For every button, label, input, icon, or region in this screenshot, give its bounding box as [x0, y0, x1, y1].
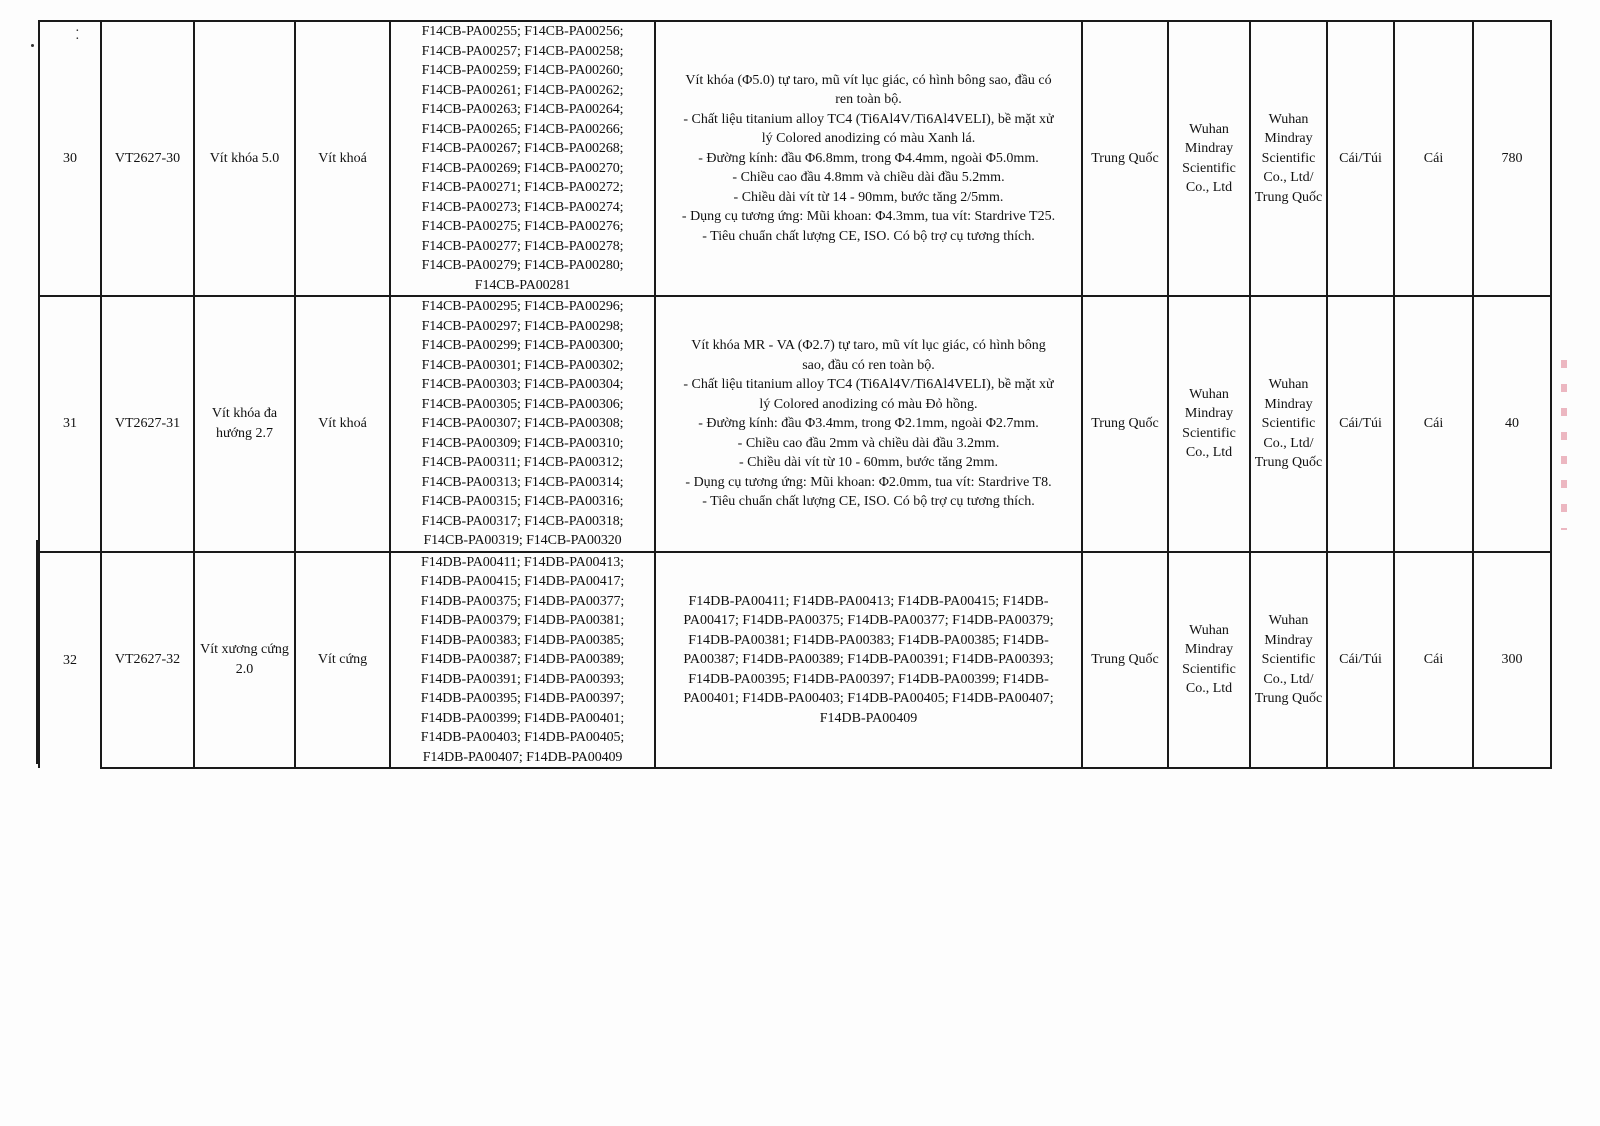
description-lines-line: - Chiều cao đầu 4.8mm và chiều dài đầu 5…	[659, 168, 1078, 188]
description-lines-line: - Chất liệu titanium alloy TC4 (Ti6Al4V/…	[659, 110, 1078, 130]
description-lines-line: Vít khóa MR - VA (Φ2.7) tự taro, mũ vít …	[659, 336, 1078, 356]
manufacturer-line: Co., Ltd	[1169, 178, 1249, 198]
cell-group: Vít cứng	[295, 552, 390, 769]
catalog-lines-line: F14CB-PA00257; F14CB-PA00258;	[391, 42, 654, 62]
cell-name: Vít xương cứng 2.0	[194, 552, 295, 769]
description-lines-line: F14DB-PA00395; F14DB-PA00397; F14DB-PA00…	[659, 670, 1078, 690]
catalog-lines-line: F14DB-PA00379; F14DB-PA00381;	[391, 611, 654, 631]
catalog-lines-line: F14CB-PA00311; F14CB-PA00312;	[391, 453, 654, 473]
catalog-lines-line: F14CB-PA00295; F14CB-PA00296;	[391, 297, 654, 317]
cell-description: Vít khóa MR - VA (Φ2.7) tự taro, mũ vít …	[655, 296, 1082, 552]
cell-holder: WuhanMindrayScientificCo., Ltd/Trung Quố…	[1250, 552, 1327, 769]
table-row-30: 30 VT2627-30 Vít khóa 5.0 Vít khoá F14CB…	[39, 21, 1551, 296]
cell-quantity: 300	[1473, 552, 1551, 769]
catalog-lines-line: F14CB-PA00261; F14CB-PA00262;	[391, 81, 654, 101]
catalog-lines-line: F14CB-PA00305; F14CB-PA00306;	[391, 395, 654, 415]
description-lines-line: PA00387; F14DB-PA00389; F14DB-PA00391; F…	[659, 650, 1078, 670]
catalog-lines-line: F14CB-PA00275; F14CB-PA00276;	[391, 217, 654, 237]
holder-line: Mindray	[1251, 631, 1326, 651]
cell-name: Vít khóa 5.0	[194, 21, 295, 296]
catalog-lines-line: F14CB-PA00313; F14CB-PA00314;	[391, 473, 654, 493]
holder-line: Co., Ltd/	[1251, 434, 1326, 454]
red-stamp-mark	[1561, 360, 1567, 530]
product-table: 30 VT2627-30 Vít khóa 5.0 Vít khoá F14CB…	[38, 20, 1552, 769]
cell-holder: WuhanMindrayScientificCo., Ltd/Trung Quố…	[1250, 21, 1327, 296]
catalog-lines-line: F14CB-PA00267; F14CB-PA00268;	[391, 139, 654, 159]
catalog-lines-line: F14CB-PA00271; F14CB-PA00272;	[391, 178, 654, 198]
table-row-32: 32 VT2627-32 Vít xương cứng 2.0 Vít cứng…	[39, 552, 1551, 769]
description-lines-line: - Tiêu chuẩn chất lượng CE, ISO. Có bộ t…	[659, 227, 1078, 247]
description-lines-line: - Chiều cao đầu 2mm và chiều dài đầu 3.2…	[659, 434, 1078, 454]
catalog-lines-line: F14CB-PA00279; F14CB-PA00280;	[391, 256, 654, 276]
catalog-lines-line: F14DB-PA00395; F14DB-PA00397;	[391, 689, 654, 709]
description-lines-line: PA00401; F14DB-PA00403; F14DB-PA00405; F…	[659, 689, 1078, 709]
catalog-lines-line: F14DB-PA00383; F14DB-PA00385;	[391, 631, 654, 651]
catalog-lines-line: F14DB-PA00391; F14DB-PA00393;	[391, 670, 654, 690]
catalog-lines-line: F14CB-PA00303; F14CB-PA00304;	[391, 375, 654, 395]
holder-line: Mindray	[1251, 395, 1326, 415]
catalog-lines-line: F14DB-PA00403; F14DB-PA00405;	[391, 728, 654, 748]
cell-manufacturer: WuhanMindrayScientificCo., Ltd	[1168, 296, 1250, 552]
cell-holder: WuhanMindrayScientificCo., Ltd/Trung Quố…	[1250, 296, 1327, 552]
catalog-lines-line: F14CB-PA00301; F14CB-PA00302;	[391, 356, 654, 376]
description-lines-line: Vít khóa (Φ5.0) tự taro, mũ vít lục giác…	[659, 71, 1078, 91]
catalog-lines-line: F14CB-PA00309; F14CB-PA00310;	[391, 434, 654, 454]
cell-manufacturer: WuhanMindrayScientificCo., Ltd	[1168, 552, 1250, 769]
cell-catalog-codes: F14CB-PA00295; F14CB-PA00296;F14CB-PA002…	[390, 296, 655, 552]
description-lines-line: F14DB-PA00411; F14DB-PA00413; F14DB-PA00…	[659, 592, 1078, 612]
cell-description: Vít khóa (Φ5.0) tự taro, mũ vít lục giác…	[655, 21, 1082, 296]
catalog-lines-line: F14CB-PA00307; F14CB-PA00308;	[391, 414, 654, 434]
description-lines-line: - Chiều dài vít từ 10 - 60mm, bước tăng …	[659, 453, 1078, 473]
manufacturer-line: Co., Ltd	[1169, 679, 1249, 699]
manufacturer-line: Mindray	[1169, 139, 1249, 159]
holder-line: Trung Quốc	[1251, 188, 1326, 208]
catalog-lines-line: F14CB-PA00281	[391, 276, 654, 296]
holder-line: Co., Ltd/	[1251, 670, 1326, 690]
description-lines-line: sao, đầu có ren toàn bộ.	[659, 356, 1078, 376]
cell-catalog-codes: F14CB-PA00255; F14CB-PA00256;F14CB-PA002…	[390, 21, 655, 296]
catalog-lines-line: F14DB-PA00399; F14DB-PA00401;	[391, 709, 654, 729]
cell-quantity: 780	[1473, 21, 1551, 296]
catalog-lines-line: F14CB-PA00317; F14CB-PA00318;	[391, 512, 654, 532]
cell-unit: Cái	[1394, 21, 1473, 296]
description-lines-line: lý Colored anodizing có màu Xanh lá.	[659, 129, 1078, 149]
scanned-document-page: ·· 30 VT2627-30 Vít khóa 5.0 Vít khoá F1…	[0, 0, 1600, 1126]
table-left-border-overhang	[36, 540, 38, 764]
description-lines-line: - Tiêu chuẩn chất lượng CE, ISO. Có bộ t…	[659, 492, 1078, 512]
cell-packing: Cái/Túi	[1327, 296, 1394, 552]
cell-catalog-codes: F14DB-PA00411; F14DB-PA00413;F14DB-PA004…	[390, 552, 655, 769]
cell-code: VT2627-30	[101, 21, 194, 296]
manufacturer-line: Scientific	[1169, 159, 1249, 179]
catalog-lines-line: F14CB-PA00315; F14CB-PA00316;	[391, 492, 654, 512]
holder-line: Wuhan	[1251, 375, 1326, 395]
cell-stt: 32	[39, 552, 101, 769]
cell-name: Vít khóa đa hướng 2.7	[194, 296, 295, 552]
description-lines-line: - Dụng cụ tương ứng: Mũi khoan: Φ2.0mm, …	[659, 473, 1078, 493]
manufacturer-line: Mindray	[1169, 640, 1249, 660]
cell-group: Vít khoá	[295, 296, 390, 552]
manufacturer-line: Scientific	[1169, 424, 1249, 444]
scan-artifact-dot	[31, 44, 34, 47]
description-lines-line: - Đường kính: đầu Φ3.4mm, trong Φ2.1mm, …	[659, 414, 1078, 434]
description-lines-line: F14DB-PA00409	[659, 709, 1078, 729]
manufacturer-line: Co., Ltd	[1169, 443, 1249, 463]
cell-origin: Trung Quốc	[1082, 552, 1168, 769]
catalog-lines-line: F14DB-PA00375; F14DB-PA00377;	[391, 592, 654, 612]
manufacturer-line: Wuhan	[1169, 621, 1249, 641]
holder-line: Trung Quốc	[1251, 689, 1326, 709]
holder-line: Mindray	[1251, 129, 1326, 149]
catalog-lines-line: F14CB-PA00263; F14CB-PA00264;	[391, 100, 654, 120]
cell-origin: Trung Quốc	[1082, 296, 1168, 552]
catalog-lines-line: F14CB-PA00273; F14CB-PA00274;	[391, 198, 654, 218]
cell-unit: Cái	[1394, 296, 1473, 552]
cell-stt: 31	[39, 296, 101, 552]
cell-origin: Trung Quốc	[1082, 21, 1168, 296]
catalog-lines-line: F14CB-PA00299; F14CB-PA00300;	[391, 336, 654, 356]
cell-quantity: 40	[1473, 296, 1551, 552]
cell-description: F14DB-PA00411; F14DB-PA00413; F14DB-PA00…	[655, 552, 1082, 769]
description-lines-line: F14DB-PA00381; F14DB-PA00383; F14DB-PA00…	[659, 631, 1078, 651]
catalog-lines-line: F14DB-PA00415; F14DB-PA00417;	[391, 572, 654, 592]
cell-unit: Cái	[1394, 552, 1473, 769]
catalog-lines-line: F14CB-PA00277; F14CB-PA00278;	[391, 237, 654, 257]
holder-line: Trung Quốc	[1251, 453, 1326, 473]
catalog-lines-line: F14CB-PA00319; F14CB-PA00320	[391, 531, 654, 551]
description-lines-line: lý Colored anodizing có màu Đỏ hồng.	[659, 395, 1078, 415]
description-lines-line: PA00417; F14DB-PA00375; F14DB-PA00377; F…	[659, 611, 1078, 631]
cell-manufacturer: WuhanMindrayScientificCo., Ltd	[1168, 21, 1250, 296]
catalog-lines-line: F14CB-PA00297; F14CB-PA00298;	[391, 317, 654, 337]
manufacturer-line: Wuhan	[1169, 120, 1249, 140]
catalog-lines-line: F14CB-PA00265; F14CB-PA00266;	[391, 120, 654, 140]
description-lines-line: - Đường kính: đầu Φ6.8mm, trong Φ4.4mm, …	[659, 149, 1078, 169]
manufacturer-line: Scientific	[1169, 660, 1249, 680]
manufacturer-line: Mindray	[1169, 404, 1249, 424]
table-row-31: 31 VT2627-31 Vít khóa đa hướng 2.7 Vít k…	[39, 296, 1551, 552]
manufacturer-line: Wuhan	[1169, 385, 1249, 405]
holder-line: Co., Ltd/	[1251, 168, 1326, 188]
description-lines-line: - Dụng cụ tương ứng: Mũi khoan: Φ4.3mm, …	[659, 207, 1078, 227]
cell-packing: Cái/Túi	[1327, 21, 1394, 296]
cell-code: VT2627-32	[101, 552, 194, 769]
description-lines-line: ren toàn bộ.	[659, 90, 1078, 110]
catalog-lines-line: F14CB-PA00269; F14CB-PA00270;	[391, 159, 654, 179]
holder-line: Scientific	[1251, 149, 1326, 169]
cell-stt: 30	[39, 21, 101, 296]
catalog-lines-line: F14DB-PA00411; F14DB-PA00413;	[391, 553, 654, 573]
catalog-lines-line: F14CB-PA00259; F14CB-PA00260;	[391, 61, 654, 81]
cell-packing: Cái/Túi	[1327, 552, 1394, 769]
catalog-lines-line: F14CB-PA00255; F14CB-PA00256;	[391, 22, 654, 42]
holder-line: Wuhan	[1251, 611, 1326, 631]
cell-code: VT2627-31	[101, 296, 194, 552]
holder-line: Scientific	[1251, 650, 1326, 670]
holder-line: Wuhan	[1251, 110, 1326, 130]
description-lines-line: - Chiều dài vít từ 14 - 90mm, bước tăng …	[659, 188, 1078, 208]
catalog-lines-line: F14DB-PA00407; F14DB-PA00409	[391, 748, 654, 768]
holder-line: Scientific	[1251, 414, 1326, 434]
description-lines-line: - Chất liệu titanium alloy TC4 (Ti6Al4V/…	[659, 375, 1078, 395]
catalog-lines-line: F14DB-PA00387; F14DB-PA00389;	[391, 650, 654, 670]
cell-group: Vít khoá	[295, 21, 390, 296]
